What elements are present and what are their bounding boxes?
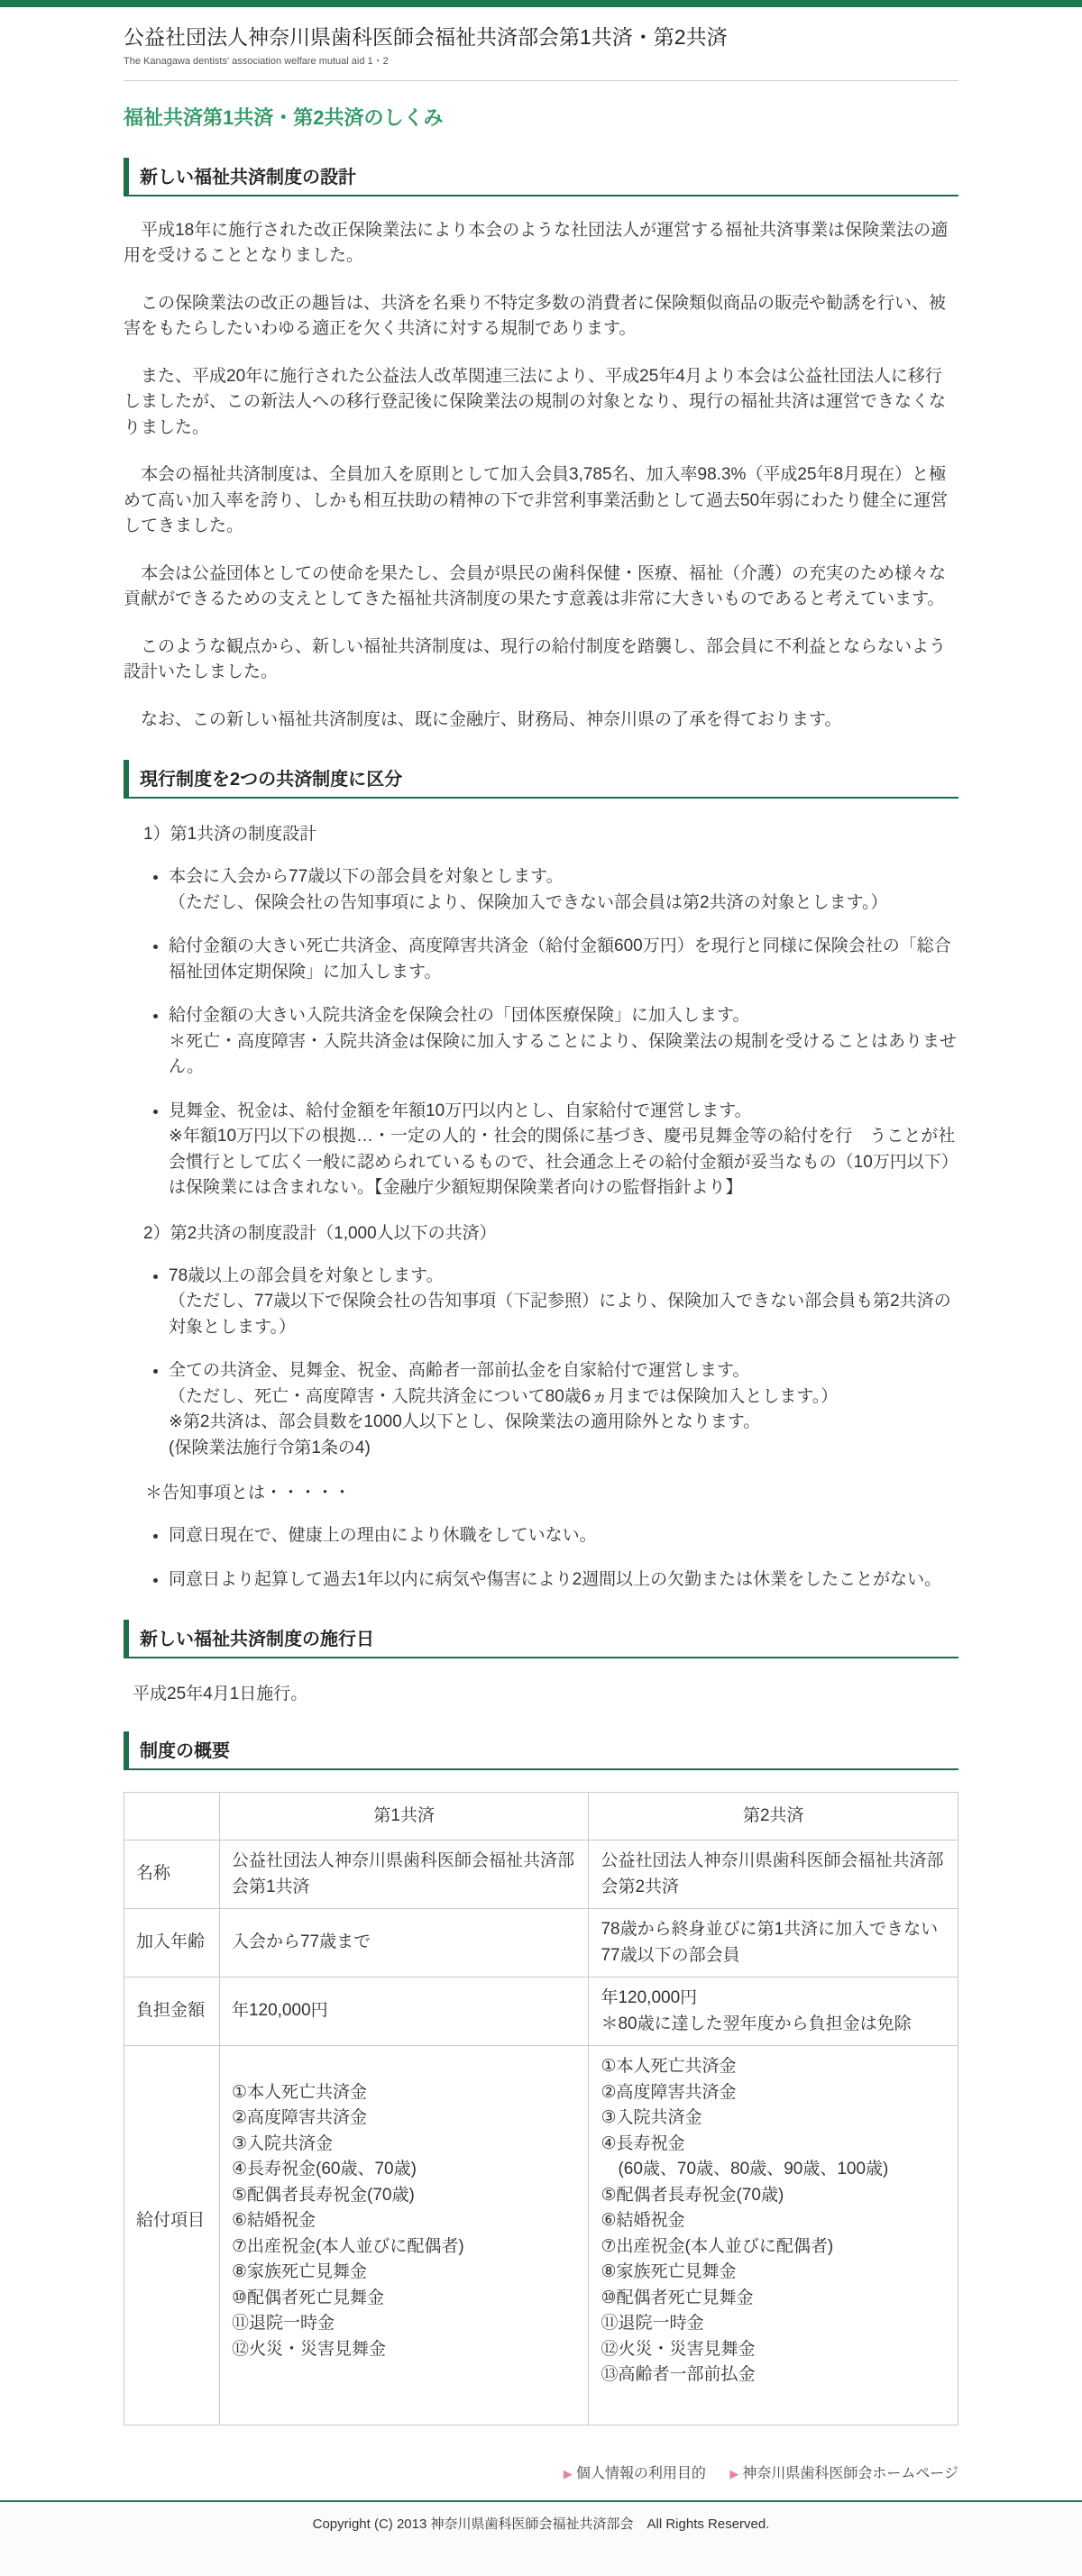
column-header-kyosai2: 第2共済 [589, 1793, 958, 1841]
table-corner-cell [124, 1793, 220, 1841]
site-title: 公益社団法人神奈川県歯科医師会福祉共済部会第1共済・第2共済 [124, 25, 958, 50]
list-item: 給付金額の大きい死亡共済金、高度障害共済金（給付金額600万円）を現行と同様に保… [169, 934, 958, 985]
bullet-list-kyosai2: 78歳以上の部会員を対象とします。 （ただし、77歳以下で保険会社の告知事項（下… [124, 1264, 958, 1462]
paragraph: なお、この新しい福祉共済制度は、既に金融庁、財務局、神奈川県の了承を得ております… [124, 708, 958, 734]
link-privacy-purpose[interactable]: ▶個人情報の利用目的 [564, 2462, 706, 2482]
header-divider [124, 80, 958, 81]
section-overview: 制度の概要 第1共済 第2共済 名称 公益社団法人神奈川県歯科医師会福祉共済部会… [124, 1731, 958, 2425]
table-row: 給付項目 ①本人死亡共済金 ②高度障害共済金 ③入院共済金 ④長寿祝金(60歳、… [124, 2046, 958, 2425]
footer-links: ▶個人情報の利用目的 ▶神奈川県歯科医師会ホームページ [124, 2462, 958, 2482]
row-label: 名称 [124, 1841, 220, 1909]
paragraph: この保険業法の改正の趣旨は、共済を名乗り不特定多数の消費者に保険類似商品の販売や… [124, 291, 958, 343]
footer-link-label: 個人情報の利用目的 [576, 2466, 706, 2481]
copyright-band: Copyright (C) 2013 神奈川県歯科医師会福祉共済部会 All R… [0, 2502, 1082, 2576]
row-label: 加入年齢 [124, 1909, 220, 1978]
row-label: 給付項目 [124, 2046, 220, 2425]
section-design-title: 新しい福祉共済制度の設計 [124, 158, 958, 196]
section-effective-title: 新しい福祉共済制度の施行日 [124, 1620, 958, 1658]
table-cell: 78歳から終身並びに第1共済に加入できない77歳以下の部会員 [589, 1909, 958, 1978]
list-item: 給付金額の大きい入院共済金を保険会社の「団体医療保険」に加入します。 ＊死亡・高… [169, 1003, 958, 1081]
numbered-item-2: 2）第2共済の制度設計（1,000人以下の共済） [124, 1219, 958, 1244]
site-subtitle: The Kanagawa dentists' association welfa… [124, 53, 958, 68]
paragraph: また、平成20年に施行された公益法人改革関連三法により、平成25年4月より本会は… [124, 364, 958, 442]
section-division-title: 現行制度を2つの共済制度に区分 [124, 760, 958, 799]
numbered-item-1: 1）第1共済の制度設計 [124, 820, 958, 845]
paragraph: 本会は公益団体としての使命を果たし、会員が県民の歯科保健・医療、福祉（介護）の充… [124, 562, 958, 613]
list-item: 同意日現在で、健康上の理由により休職をしていない。 [169, 1523, 958, 1549]
table-cell: 公益社団法人神奈川県歯科医師会福祉共済部会第1共済 [219, 1841, 589, 1909]
bullet-list-kyosai1: 本会に入会から77歳以下の部会員を対象とします。 （ただし、保険会社の告知事項に… [124, 864, 958, 1201]
paragraph: 平成18年に施行された改正保険業法により本会のような社団法人が運営する福祉共済事… [124, 218, 958, 269]
effective-date-text: 平成25年4月1日施行。 [124, 1680, 958, 1704]
table-cell: ①本人死亡共済金 ②高度障害共済金 ③入院共済金 ④長寿祝金(60歳、70歳) … [219, 2046, 589, 2425]
list-item: 全ての共済金、見舞金、祝金、高齢者一部前払金を自家給付で運営します。 （ただし、… [169, 1358, 958, 1461]
table-row: 名称 公益社団法人神奈川県歯科医師会福祉共済部会第1共済 公益社団法人神奈川県歯… [124, 1841, 958, 1909]
top-accent-bar [0, 0, 1082, 7]
section-design: 新しい福祉共済制度の設計 平成18年に施行された改正保険業法により本会のような社… [124, 158, 958, 734]
footer-link-label: 神奈川県歯科医師会ホームページ [742, 2466, 958, 2481]
link-association-homepage[interactable]: ▶神奈川県歯科医師会ホームページ [729, 2462, 958, 2482]
section-division: 現行制度を2つの共済制度に区分 1）第1共済の制度設計 本会に入会から77歳以下… [124, 760, 958, 1593]
row-label: 負担金額 [124, 1978, 220, 2046]
page-title: 福祉共済第1共済・第2共済のしくみ [124, 103, 958, 131]
table-cell: 年120,000円 ＊80歳に達した翌年度から負担金は免除 [589, 1978, 958, 2046]
column-header-kyosai1: 第1共済 [219, 1793, 589, 1841]
table-cell: 入会から77歳まで [219, 1909, 589, 1978]
section-effective-date: 新しい福祉共済制度の施行日 平成25年4月1日施行。 [124, 1620, 958, 1704]
bullet-list-notice: 同意日現在で、健康上の理由により休職をしていない。 同意日より起算して過去1年以… [124, 1523, 958, 1593]
list-item: 本会に入会から77歳以下の部会員を対象とします。 （ただし、保険会社の告知事項に… [169, 864, 958, 916]
table-row: 加入年齢 入会から77歳まで 78歳から終身並びに第1共済に加入できない77歳以… [124, 1909, 958, 1978]
table-cell: 公益社団法人神奈川県歯科医師会福祉共済部会第2共済 [589, 1841, 958, 1909]
list-item: 78歳以上の部会員を対象とします。 （ただし、77歳以下で保険会社の告知事項（下… [169, 1264, 958, 1341]
site-header: 公益社団法人神奈川県歯科医師会福祉共済部会第1共済・第2共済 The Kanag… [124, 7, 958, 81]
paragraph: 本会の福祉共済制度は、全員加入を原則として加入会員3,785名、加入率98.3%… [124, 462, 958, 540]
link-arrow-icon: ▶ [564, 2467, 573, 2480]
section-overview-title: 制度の概要 [124, 1731, 958, 1770]
copyright-text: Copyright (C) 2013 神奈川県歯科医師会福祉共済部会 All R… [0, 2514, 1082, 2533]
table-header-row: 第1共済 第2共済 [124, 1793, 958, 1841]
paragraph: このような観点から、新しい福祉共済制度は、現行の給付制度を踏襲し、部会員に不利益… [124, 635, 958, 686]
table-row: 負担金額 年120,000円 年120,000円 ＊80歳に達した翌年度から負担… [124, 1978, 958, 2046]
list-item: 見舞金、祝金は、給付金額を年額10万円以内とし、自家給付で運営します。 ※年額1… [169, 1099, 958, 1201]
table-cell: ①本人死亡共済金 ②高度障害共済金 ③入院共済金 ④長寿祝金 (60歳、70歳、… [589, 2046, 958, 2425]
link-arrow-icon: ▶ [729, 2467, 738, 2480]
scheme-comparison-table: 第1共済 第2共済 名称 公益社団法人神奈川県歯科医師会福祉共済部会第1共済 公… [124, 1792, 958, 2425]
table-cell: 年120,000円 [219, 1978, 589, 2046]
list-item: 同意日より起算して過去1年以内に病気や傷害により2週間以上の欠勤または休業をした… [169, 1567, 958, 1594]
notice-label: ＊告知事項とは・・・・・ [124, 1479, 958, 1503]
